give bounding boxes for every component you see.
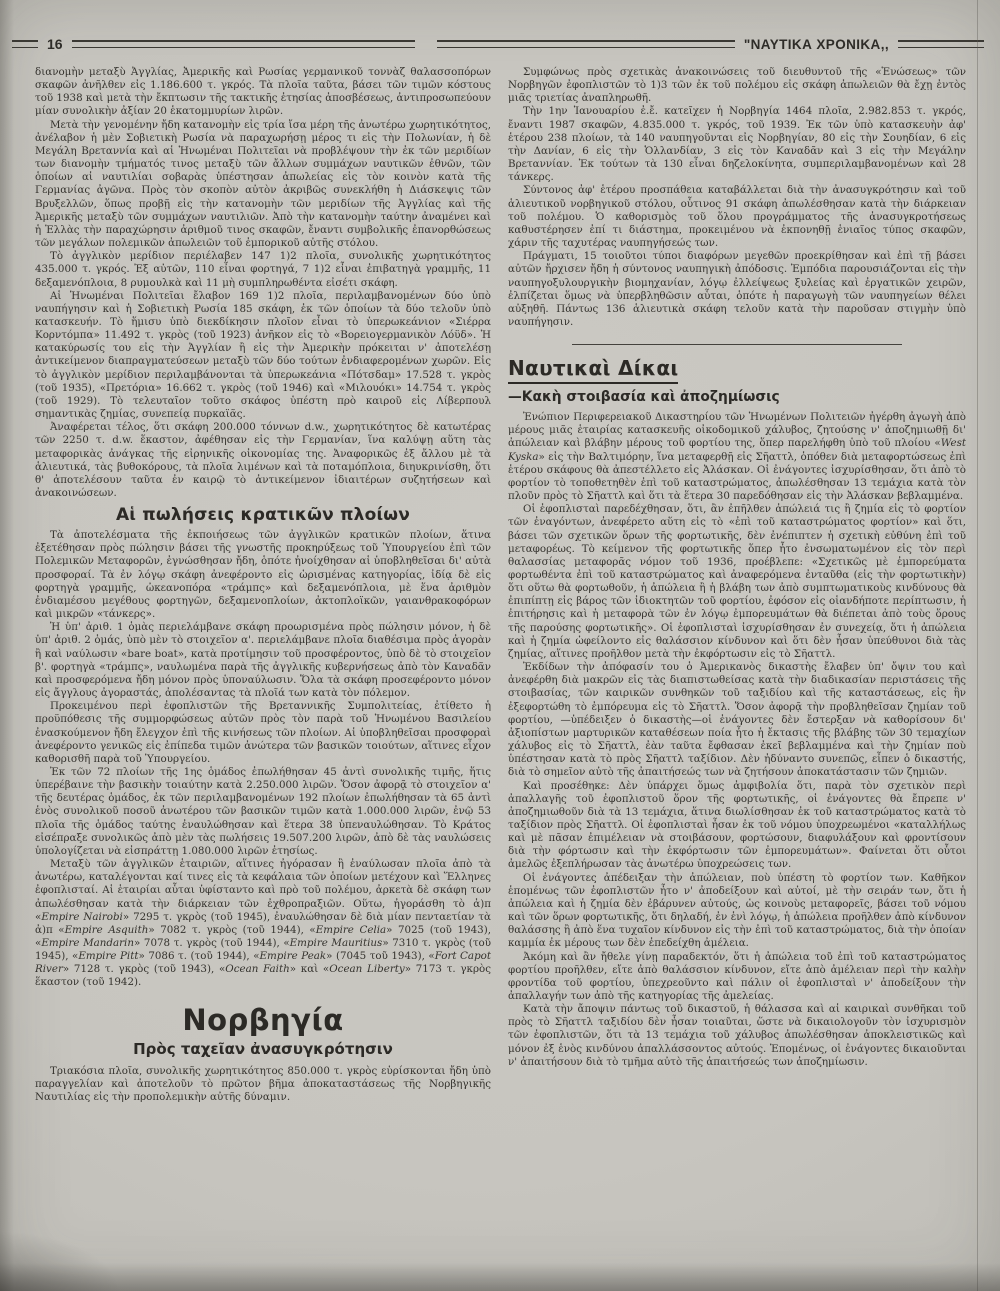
paragraph: Κατὰ τὴν ἄποψιν πάντως τοῦ δικαστοῦ, ἡ θ… — [508, 1003, 966, 1069]
right-column: Συμφώνως πρὸς σχετικὰς ἀνακοινώσεις τοῦ … — [508, 66, 966, 1276]
paragraph: Τὸ ἀγγλικὸν μερίδιον περιέλαβεν 147 1)2 … — [35, 250, 491, 289]
paragraph: Συμφώνως πρὸς σχετικὰς ἀνακοινώσεις τοῦ … — [508, 66, 966, 105]
case-subheading-bad-stowage: —Κακὴ στοιβασία καὶ ἀποζημίωσις — [508, 389, 966, 405]
section-heading-state-ship-sales: Αἱ πωλήσεις κρατικῶν πλοίων — [35, 505, 491, 525]
header-rule-left-mark — [12, 40, 38, 48]
paragraph: Προκειμένου περὶ ἐφοπλιστῶν τῆς Βρεταννι… — [35, 700, 491, 766]
header-rule-right — [898, 40, 984, 48]
paragraph: Ἀκόμη καὶ ἂν ἤθελε γίνῃ παραδεκτόν, ὅτι … — [508, 951, 966, 1004]
paragraph: Αἱ Ἡνωμέναι Πολιτεῖαι ἔλαβον 169 1)2 πλο… — [35, 290, 491, 422]
column-divider-rule — [572, 344, 902, 345]
section-subheading-norway: Πρὸς ταχεῖαν ἀνασυγκρότησιν — [35, 1040, 491, 1058]
scan-edge-line — [977, 0, 978, 1291]
paragraph-ship-names: Μεταξὺ τῶν ἀγγλικῶν ἑταιριῶν, αἵτινες ἠγ… — [35, 858, 491, 990]
paragraph: Τριακόσια πλοῖα, συνολικῆς χωρητικότητος… — [35, 1065, 491, 1104]
paragraph: Ἐκ τῶν 72 πλοίων τῆς 1ης ὁμάδος ἐπωλήθησ… — [35, 766, 491, 858]
header-rule-long-a — [72, 40, 415, 48]
paragraph: Τὰ ἀποτελέσματα τῆς ἐκποιήσεως τῶν ἀγγλι… — [35, 529, 491, 621]
paragraph: Μετὰ τὴν γενομένην ἤδη κατανομὴν εἰς τρί… — [35, 119, 491, 251]
paragraph: Καὶ προσέθηκε: Δὲν ὑπάρχει ὅμως ἀμφιβολί… — [508, 780, 966, 872]
paragraph: Τὴν 1ην Ἰανουαρίου ἐ.ἔ. κατεῖχεν ἡ Νορβη… — [508, 105, 966, 184]
page-number: 16 — [47, 36, 63, 52]
left-column: διανομὴν μεταξὺ Ἀγγλίας, Ἀμερικῆς καὶ Ρω… — [35, 66, 491, 1276]
masthead-title: "ΝΑΥΤΙΚΑ ΧΡΟΝΙΚΑ,, — [744, 37, 889, 52]
section-heading-maritime-cases: Ναυτικαὶ Δίκαι — [508, 356, 966, 380]
paragraph: Ἀναφέρεται τέλος, ὅτι σκάφη 200.000 τόνν… — [35, 421, 491, 500]
paragraph: διανομὴν μεταξὺ Ἀγγλίας, Ἀμερικῆς καὶ Ρω… — [35, 66, 491, 119]
paragraph: Σύντονος ἀφ' ἑτέρου προσπάθεια καταβάλλε… — [508, 184, 966, 250]
paragraph: Πράγματι, 15 τοιοῦτοι τύποι διαφόρων μεγ… — [508, 250, 966, 329]
scanned-magazine-page: 16 "ΝΑΥΤΙΚΑ ΧΡΟΝΙΚΑ,, διανομὴν μεταξὺ Ἀγ… — [0, 0, 1000, 1291]
section-heading-norway: Νορβηγία — [35, 1003, 491, 1037]
paragraph: Ἐκδίδων τὴν ἀπόφασίν του ὁ Ἀμερικανὸς δι… — [508, 661, 966, 779]
page-header: 16 "ΝΑΥΤΙΚΑ ΧΡΟΝΙΚΑ,, — [12, 36, 984, 52]
paragraph: Ἡ ὑπ' ἀριθ. 1 ὁμὰς περιελάμβανε σκάφη πρ… — [35, 621, 491, 700]
paragraph: Οἱ ἐφοπλισταὶ παρεδέχθησαν, ὅτι, ἂν ἐπῆλ… — [508, 503, 966, 661]
scan-left-shadow — [0, 0, 14, 1291]
header-rule-long-b — [437, 40, 735, 48]
paragraph: Οἱ ἐνάγοντες ἀπέδειξαν τὴν ἀπώλειαν, ποὺ… — [508, 872, 966, 951]
section-heading-maritime-cases-text: Ναυτικαὶ Δίκαι — [508, 356, 678, 384]
paragraph-ship-name: Ἐνώπιον Περιφερειακοῦ Δικαστηρίου τῶν Ἡν… — [508, 411, 966, 503]
